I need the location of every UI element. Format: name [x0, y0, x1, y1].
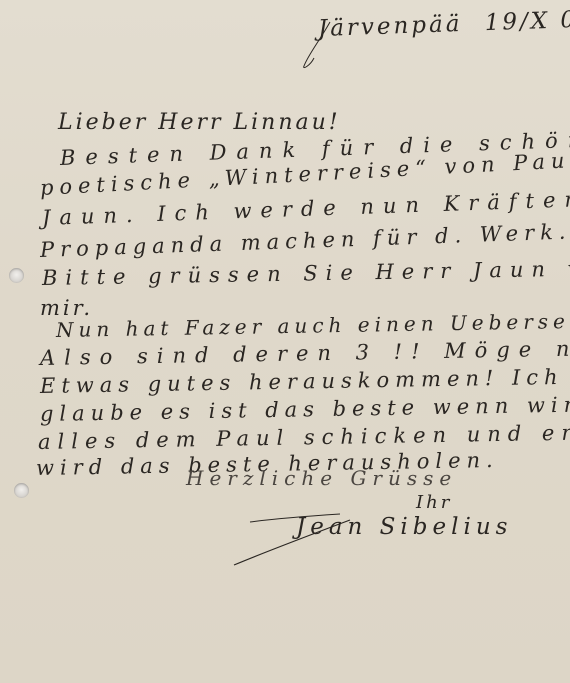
salutation: Lieber Herr Linnau!	[58, 110, 341, 135]
body-line-8: Also sind deren 3 !! Möge nun	[40, 336, 570, 370]
punch-hole-top	[9, 268, 24, 283]
dateline-date: 19/X 06.	[484, 6, 570, 36]
closing: Herzliche Grüsse	[186, 466, 457, 490]
letter-page: Järvenpää 19/X 06. Lieber Herr Linnau! B…	[0, 0, 570, 683]
body-line-9: Etwas gutes herauskommen! Ich	[40, 365, 564, 398]
punch-hole-bottom	[14, 483, 29, 498]
closing-pronoun: Ihr	[416, 492, 452, 513]
body-line-5: Bitte grüssen Sie Herr Jaun von	[42, 256, 570, 290]
body-line-6: mir.	[40, 296, 93, 320]
body-line-7: Nun hat Fazer auch einen Uebersetzer	[56, 308, 570, 342]
signature-flourish	[230, 510, 370, 570]
body-line-10: glaube es ist das beste wenn wir	[40, 393, 570, 426]
dateline: Järvenpää 19/X 06.	[318, 6, 570, 42]
dateline-flourish	[300, 20, 340, 70]
